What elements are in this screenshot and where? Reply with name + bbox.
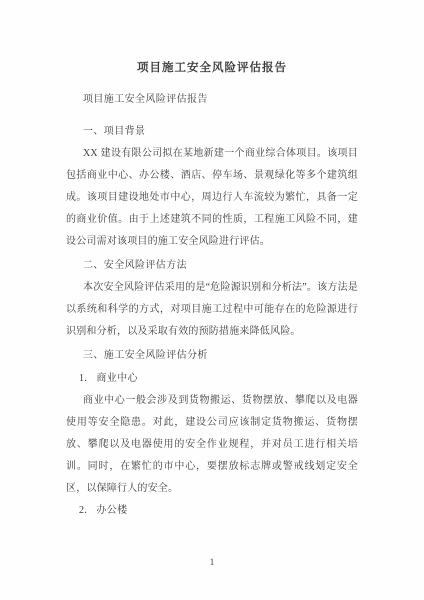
list-item-commercial-center: 1.商业中心 <box>66 368 358 390</box>
paragraph-assessment-method: 本次安全风险评估采用的是“危险源识别和分析法”。该方法是以系统和科学的方式，对项… <box>66 277 358 343</box>
section-heading-risk-analysis: 三、施工安全风险评估分析 <box>66 345 358 367</box>
document-subtitle: 项目施工安全风险评估报告 <box>66 89 358 111</box>
list-item-number: 1. <box>79 373 87 384</box>
list-item-title: 办公楼 <box>96 505 127 516</box>
paragraph-project-background: XX 建设有限公司拟在某地新建一个商业综合体项目。该项目包括商业中心、办公楼、酒… <box>66 143 358 253</box>
paragraph-commercial-center: 商业中心一般会涉及到货物搬运、货物摆放、攀爬以及电器使用等安全隐患。对此，建设公… <box>66 390 358 500</box>
section-heading-assessment-method: 二、安全风险评估方法 <box>66 255 358 277</box>
list-item-title: 商业中心 <box>96 373 138 384</box>
list-item-number: 2. <box>79 505 87 516</box>
document-title: 项目施工安全风险评估报告 <box>66 57 358 79</box>
list-item-office-building: 2.办公楼 <box>66 500 358 522</box>
page-number: 1 <box>0 552 424 574</box>
document-page: 项目施工安全风险评估报告 项目施工安全风险评估报告 一、项目背景 XX 建设有限… <box>0 0 424 600</box>
section-heading-project-background: 一、项目背景 <box>66 121 358 143</box>
